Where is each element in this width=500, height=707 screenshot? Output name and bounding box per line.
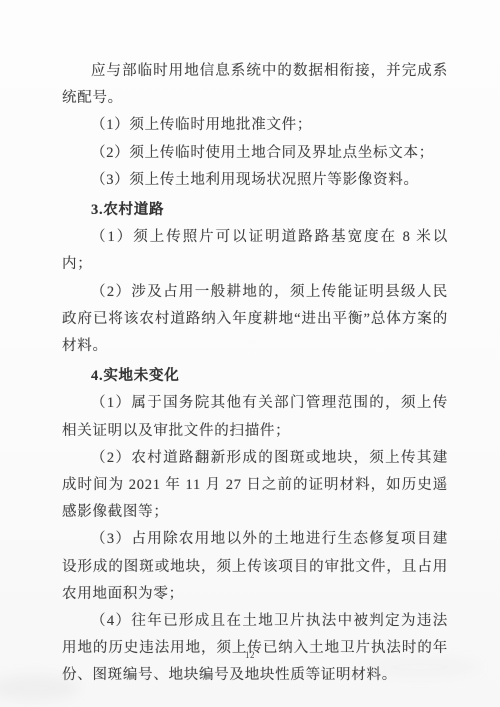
page-number: 12 bbox=[0, 650, 500, 660]
list-item: （1）须上传临时用地批准文件； bbox=[62, 112, 448, 139]
list-item: （2）农村道路翻新形成的图斑或地块，须上传其建成时间为 2021 年 11 月 … bbox=[62, 445, 448, 527]
list-item: （3）须上传土地利用现场状况照片等影像资料。 bbox=[62, 167, 448, 194]
list-item: （2）涉及占用一般耕地的，须上传能证明县级人民政府已将该农村道路纳入年度耕地“进… bbox=[62, 279, 448, 361]
list-item: （2）须上传临时使用土地合同及界址点坐标文本； bbox=[62, 140, 448, 167]
paragraph: 应与部临时用地信息系统中的数据相衔接，并完成系统配号。 bbox=[62, 58, 448, 112]
section-heading: 3.农村道路 bbox=[62, 197, 448, 224]
document-page: 应与部临时用地信息系统中的数据相衔接，并完成系统配号。 （1）须上传临时用地批准… bbox=[0, 0, 500, 707]
list-item: （3）占用除农用地以外的土地进行生态修复项目建设形成的图斑或地块，须上传该项目的… bbox=[62, 526, 448, 608]
list-item: （1）须上传照片可以证明道路路基宽度在 8 米以内； bbox=[62, 224, 448, 278]
list-item: （1）属于国务院其他有关部门管理范围的，须上传相关证明以及审批文件的扫描件； bbox=[62, 390, 448, 444]
section-heading: 4.实地未变化 bbox=[62, 363, 448, 390]
document-body: 应与部临时用地信息系统中的数据相衔接，并完成系统配号。 （1）须上传临时用地批准… bbox=[62, 58, 448, 690]
list-item: （4）往年已形成且在土地卫片执法中被判定为违法用地的历史违法用地，须上传已纳入土… bbox=[62, 608, 448, 690]
